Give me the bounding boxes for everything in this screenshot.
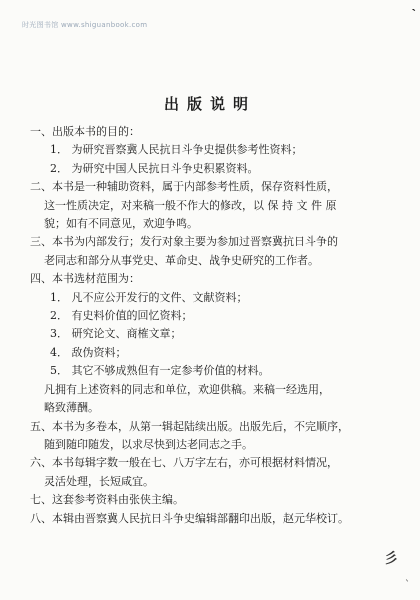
section-1-heading: 一、出版本书的目的： <box>30 123 402 141</box>
section-4-note-line-1: 凡拥有上述资料的同志和单位，欢迎供稿。来稿一经选用， <box>30 381 402 399</box>
section-4-note-line-2: 略致薄酬。 <box>30 399 402 417</box>
section-6-line-2: 灵活处理，长短咸宜。 <box>30 473 402 491</box>
section-1-item-1: 1． 为研究晋察冀人民抗日斗争史提供参考性资料； <box>30 141 402 159</box>
section-2-line-2: 这一性质决定，对来稿一般不作大的修改，以 保 持 文 件 原 <box>30 197 402 215</box>
bottom-scan-mark: ⼺ <box>384 548 398 568</box>
section-4-item-5: 5． 其它不够成熟但有一定参考价值的材料。 <box>30 362 402 380</box>
section-4-heading: 四、本书选材范围为： <box>30 270 402 288</box>
section-4-item-4: 4． 敌伪资料； <box>30 344 402 362</box>
section-5-line-2: 随到随印随发，以求尽快到达老同志之手。 <box>30 436 402 454</box>
section-4-item-1: 1． 凡不应公开发行的文件、文献资料； <box>30 289 402 307</box>
section-2-line-1: 二、本书是一种辅助资料，属于内部参考性质，保存资料性质， <box>30 178 402 196</box>
edge-scan-mark: ˋ <box>405 580 410 591</box>
section-7-line-1: 七、这套参考资料由张侠主编。 <box>30 491 402 509</box>
section-6-line-1: 六、本书每辑字数一般在七、八万字左右，亦可根据材料情况， <box>30 454 402 472</box>
section-8-line-1: 八、本辑由晋察冀人民抗日斗争史编辑部翻印出版，赵元华校订。 <box>30 510 402 528</box>
section-3-line-2: 老同志和部分从事党史、革命史、战争史研究的工作者。 <box>30 252 402 270</box>
document-body: 一、出版本书的目的： 1． 为研究晋察冀人民抗日斗争史提供参考性资料； 2． 为… <box>30 123 402 528</box>
watermark: 时光图书馆 www.shiguanbook.com <box>22 20 147 30</box>
section-4-item-3: 3． 研究论文、商榷文章； <box>30 325 402 343</box>
section-3-line-1: 三、本书为内部发行；发行对象主要为参加过晋察冀抗日斗争的 <box>30 233 402 251</box>
section-1-item-2: 2． 为研究中国人民抗日斗争史积累资料。 <box>30 160 402 178</box>
section-2-line-3: 貌；如有不同意见，欢迎争鸣。 <box>30 215 402 233</box>
page-title: 出版说明 <box>0 93 420 114</box>
corner-scan-mark: ˎ <box>411 0 416 13</box>
section-5-line-1: 五、本书为多卷本，从第一辑起陆续出版。出版先后，不完顺序， <box>30 418 402 436</box>
section-4-item-2: 2． 有史料价值的回忆资料； <box>30 307 402 325</box>
